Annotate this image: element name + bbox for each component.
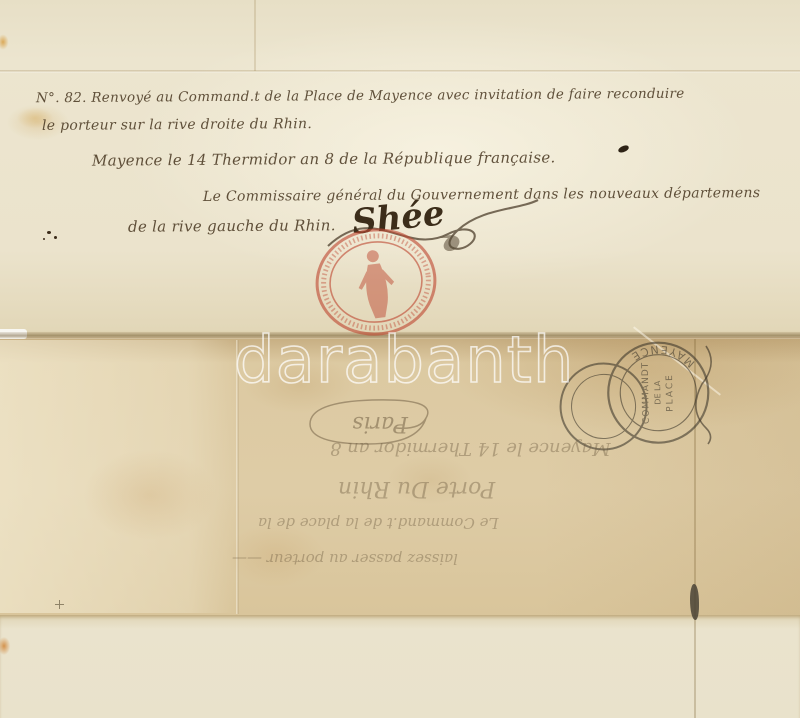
address-line-dateline: Mayence le 14 Thermidor an 8 [330, 438, 611, 459]
paper-bottom-panel [0, 615, 800, 718]
vertical-fold-crease-top [254, 0, 256, 71]
ink-speck [47, 231, 51, 234]
vertical-fold-crease-middle [236, 340, 239, 614]
small-cross-mark [55, 600, 64, 609]
handwriting-dateline: Mayence le 14 Thermidor an 8 de la Répub… [92, 148, 556, 169]
red-oval-ink-seal-stamp [304, 218, 449, 345]
handwriting-ref-line2: le porteur sur la rive droite du Rhin. [42, 116, 312, 134]
address-line-commandant: Le Command.t de la place de la [258, 514, 498, 532]
postal-stamp2-inner-ring [568, 371, 639, 442]
paper-middle-left-fold [0, 340, 236, 613]
postal-stamp-line3: PLACE [665, 373, 676, 412]
address-flourish-word: Paris [352, 411, 408, 436]
ink-speck [54, 236, 57, 239]
ink-squiggle-right [688, 342, 722, 446]
address-line-porte: Porte Du Rhin [338, 476, 495, 501]
photo-of-antique-letter: N°. 82. Renvoyé au Command.t de la Place… [0, 0, 800, 718]
postal-stamp-center-text: COMMANDT DE LA PLACE [641, 361, 676, 424]
postal-stamp-line2: DE LA [653, 380, 662, 405]
address-line-laissez-passer: laissez passer au porteur —— [232, 550, 458, 568]
handwriting-closing-line2: de la rive gauche du Rhin. [128, 216, 336, 235]
ink-speck [43, 238, 45, 240]
horizontal-fold-crease-top [0, 70, 800, 73]
postal-stamp-line1: COMMANDT [641, 362, 652, 424]
wax-seal-remnant [690, 584, 699, 620]
seal-standing-figure-icon [354, 248, 398, 320]
